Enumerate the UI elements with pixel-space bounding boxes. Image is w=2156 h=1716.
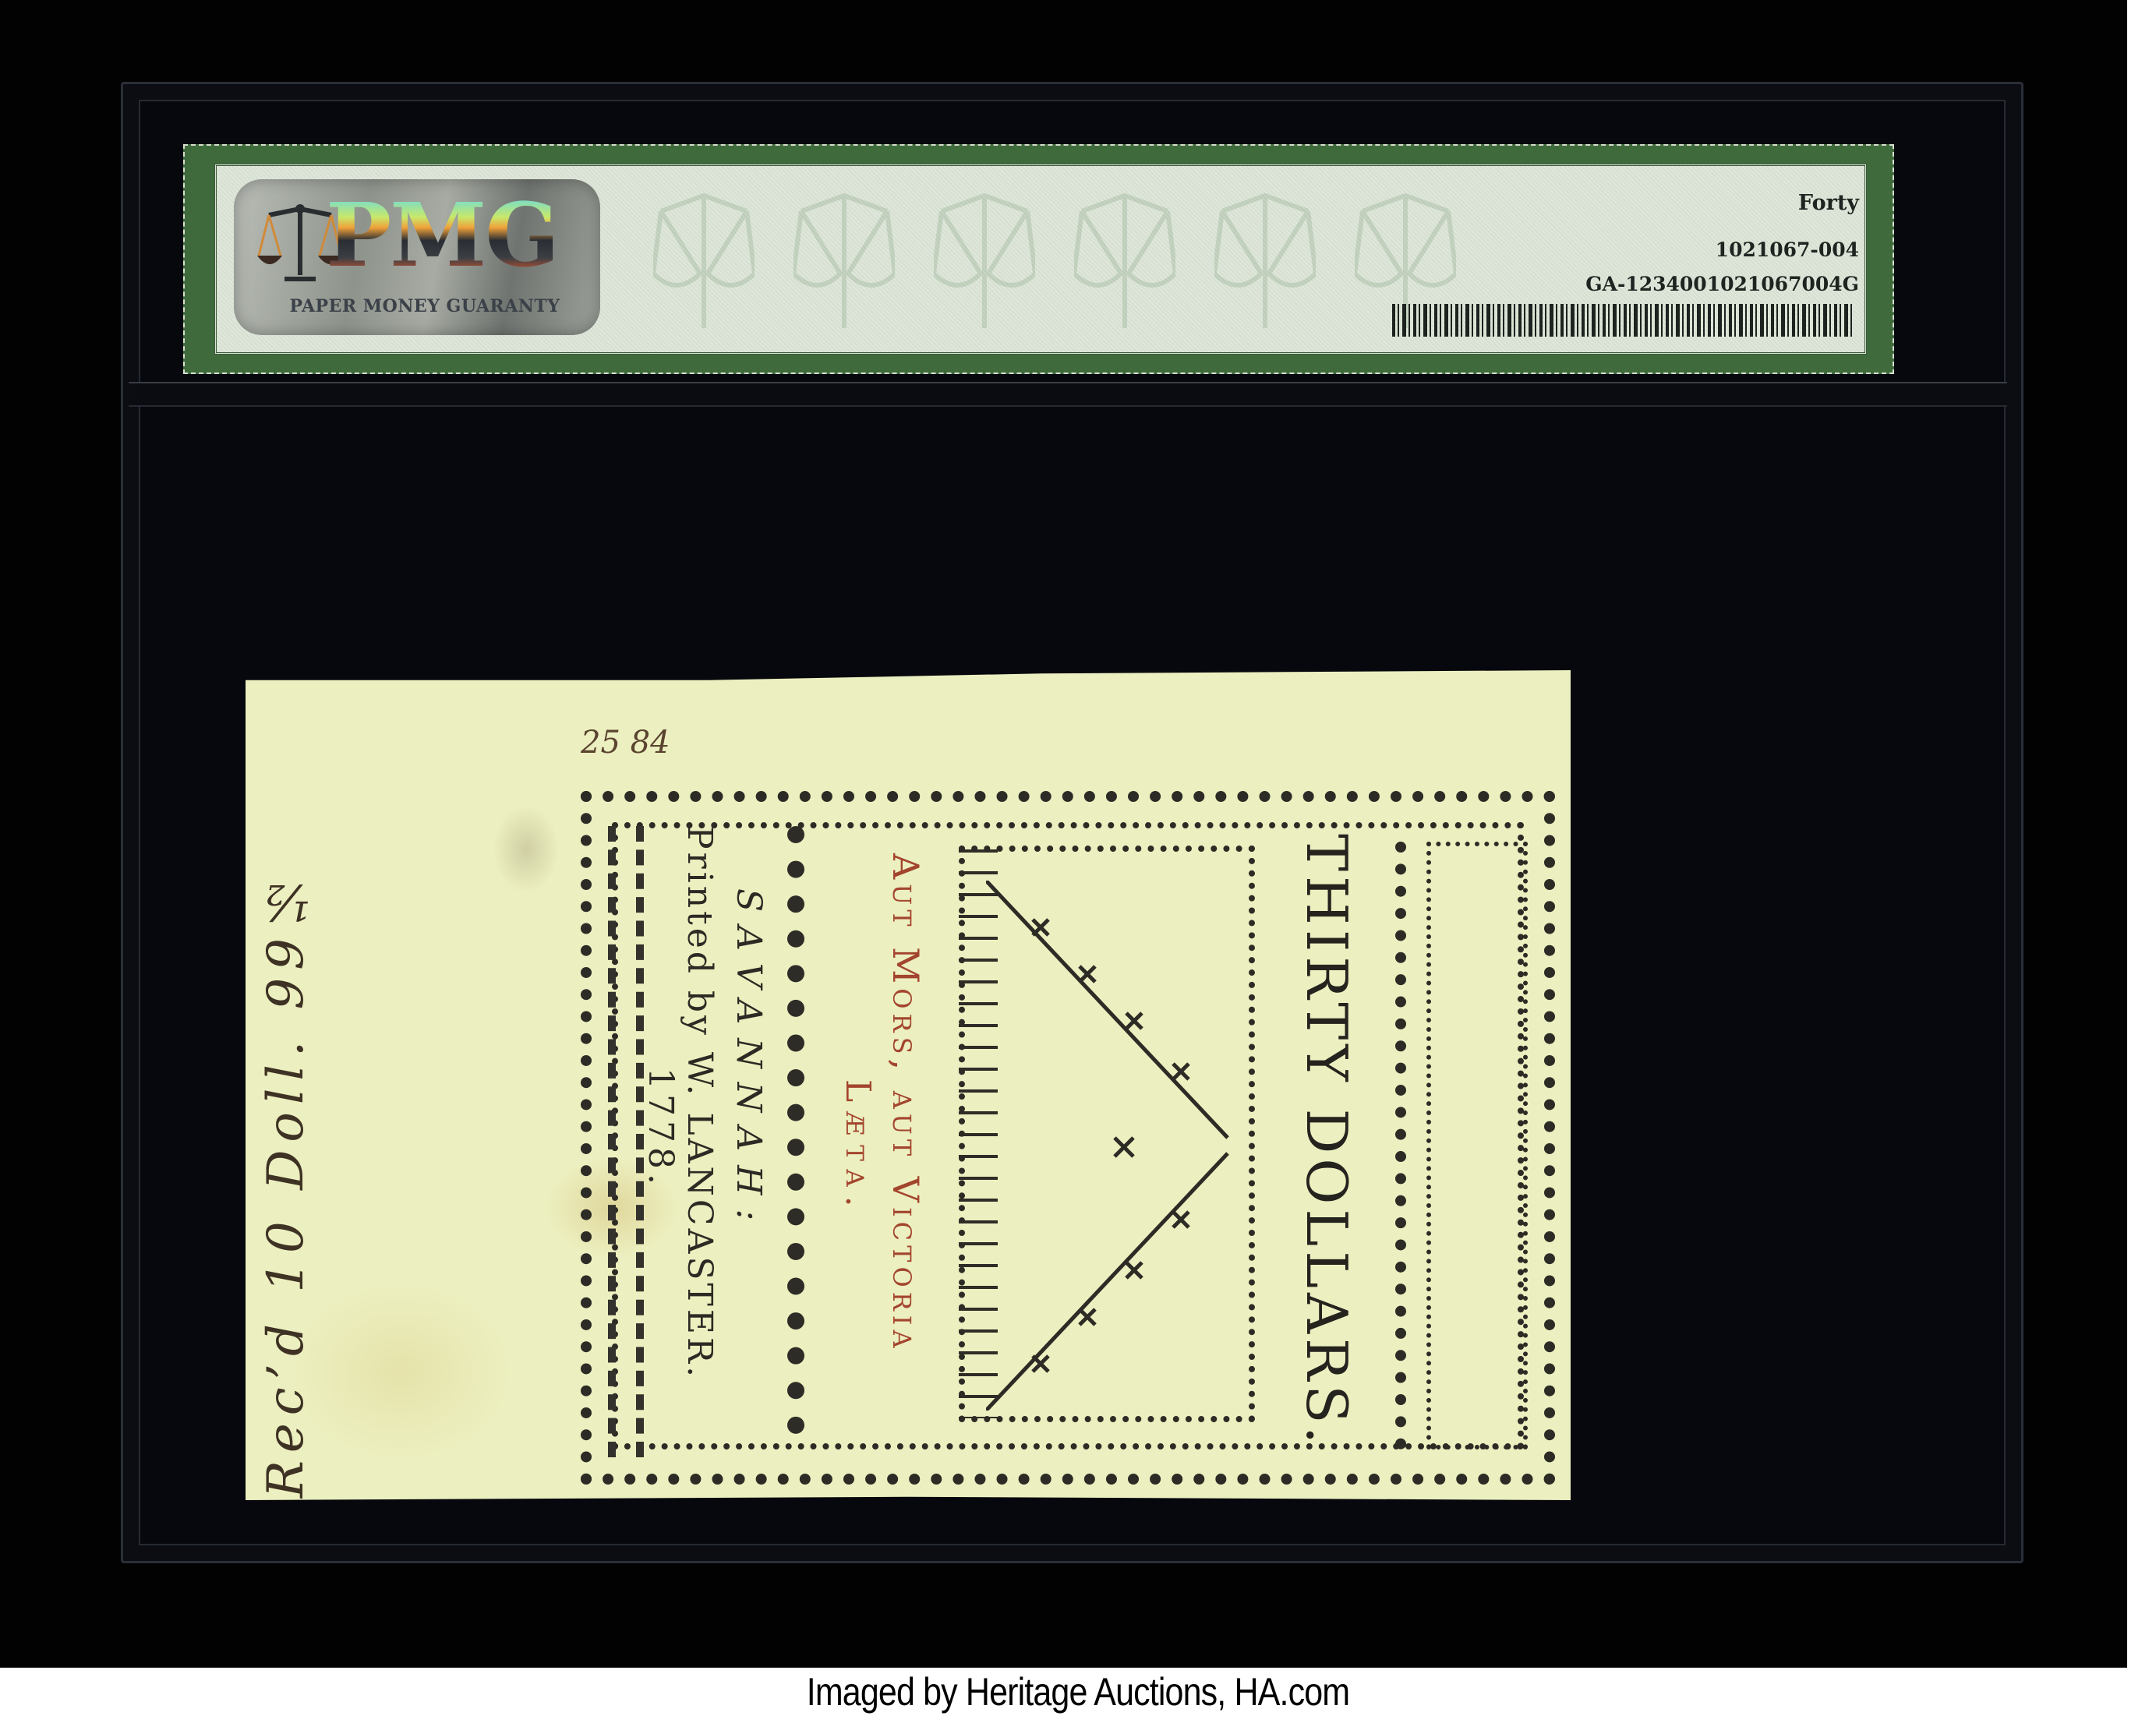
barcode xyxy=(1392,304,1852,337)
year-text: 1778. xyxy=(641,1068,680,1189)
scale-watermark-icon xyxy=(934,180,1035,336)
note-right-panel xyxy=(1426,842,1528,1449)
motto-line-2: Læta. xyxy=(838,1079,878,1216)
note-border-left-column xyxy=(608,826,644,1457)
handwritten-number: 25 84 xyxy=(581,725,670,761)
scale-watermark-icon xyxy=(793,180,895,336)
grade-text: Forty xyxy=(1481,191,1859,215)
note-border-right-column xyxy=(1395,842,1426,1449)
note-chain-ornament xyxy=(787,826,806,1434)
pmg-logo: PMG xyxy=(326,193,583,279)
printer-text: Printed by W. LANCASTER. xyxy=(680,826,719,1380)
image-credit: Imaged by Heritage Auctions, HA.com xyxy=(151,1669,2006,1714)
scale-watermark-icon xyxy=(1074,180,1175,336)
scale-watermark-icon xyxy=(653,180,755,336)
handwritten-endorsement: Rec’d 10 Doll. 99½ xyxy=(257,865,315,1498)
cert-number: 1021067-004 xyxy=(1481,238,1859,261)
motto-line-1: Aut Mors, aut Victoria xyxy=(885,853,927,1353)
barcode-serial: GA-1234001021067004G xyxy=(1481,273,1859,295)
diagonal-x-ornament xyxy=(986,881,1243,1411)
denomination-text: THIRTY DOLLARS. xyxy=(1294,834,1359,1449)
slab-seam xyxy=(129,382,2007,407)
scale-watermark-icon xyxy=(1214,180,1316,336)
pmg-logo-subtitle: PAPER MONEY GUARANTY xyxy=(261,296,588,316)
city-text: SAVANNAH: xyxy=(729,888,769,1234)
